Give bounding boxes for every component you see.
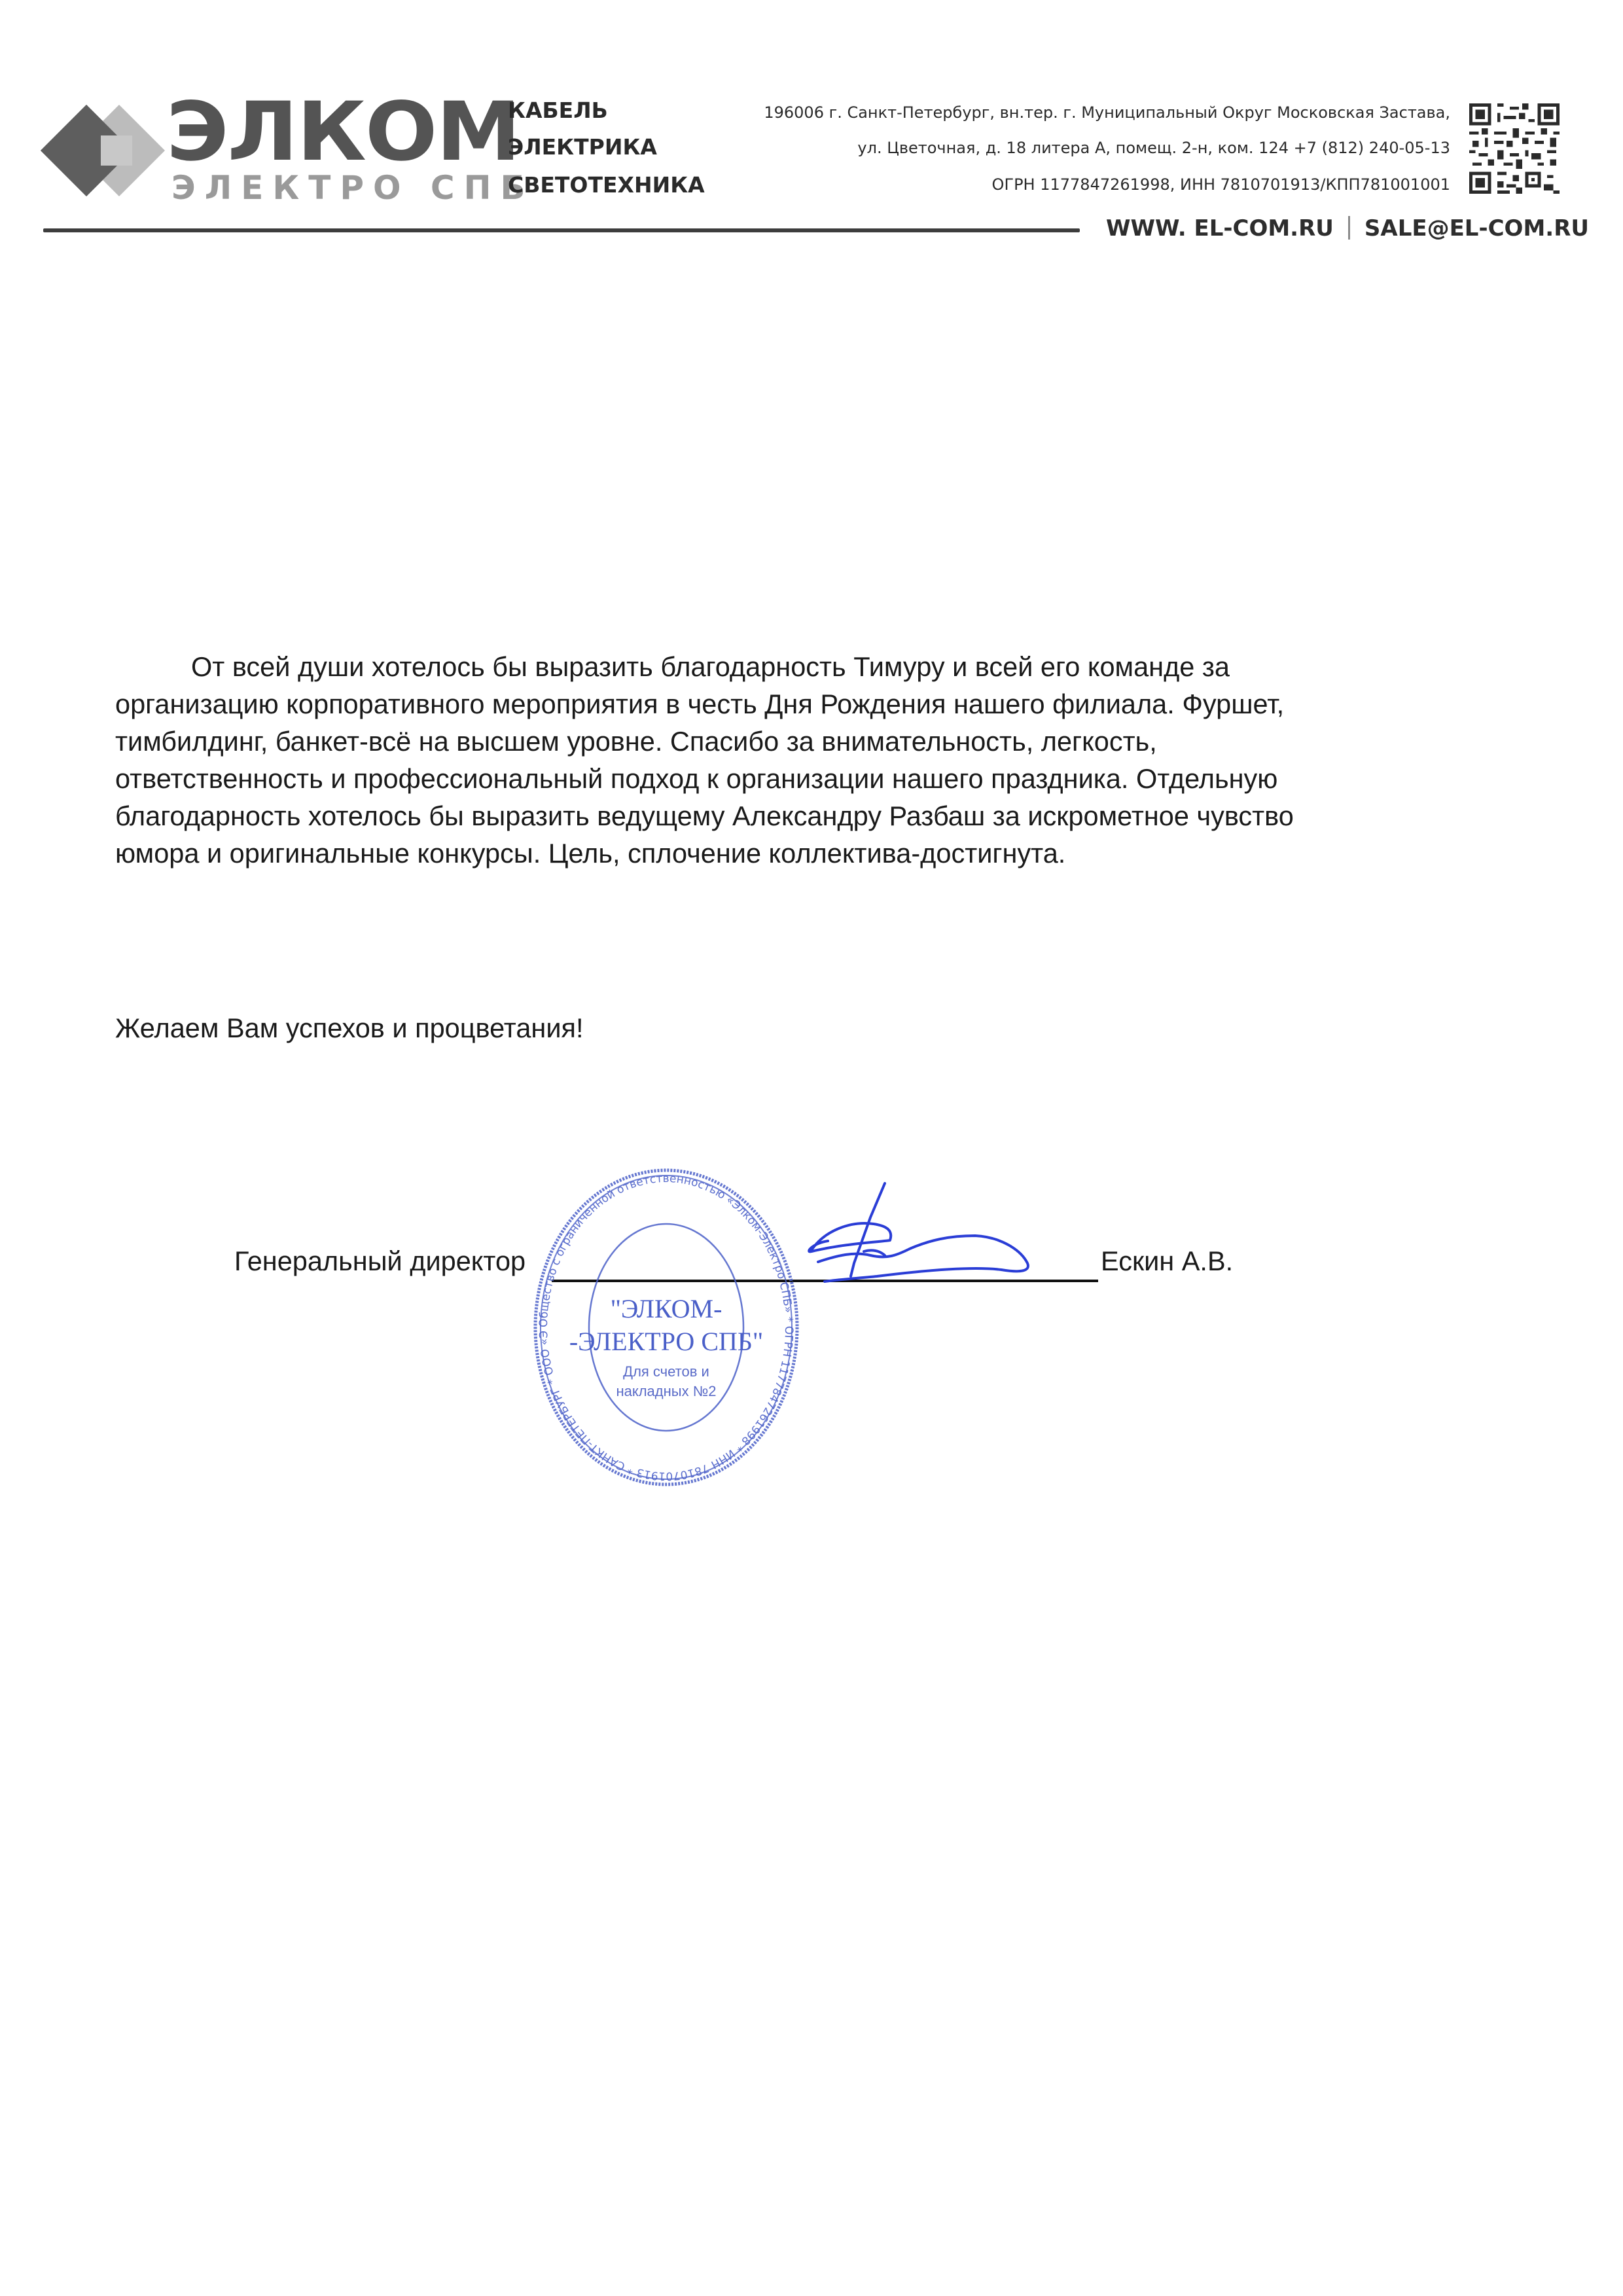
contact-links: WWW. EL-COM.RUSALE@EL-COM.RU — [1106, 216, 1589, 240]
paragraph-line: тимбилдинг, банкет-всё на высшем уровне.… — [115, 723, 1463, 760]
stamp-purpose-line-2: накладных №2 — [616, 1383, 716, 1399]
links-separator — [1348, 216, 1350, 240]
stamp-name-line-2: -ЭЛЕКТРО СПБ" — [569, 1327, 763, 1356]
website-link[interactable]: WWW. EL-COM.RU — [1106, 215, 1334, 242]
paragraph-line: От всей души хотелось бы выразить благод… — [115, 648, 1463, 685]
tagline-cable: КАБЕЛЬ — [508, 99, 608, 121]
company-logo-subtitle: ЭЛЕКТРО СПБ — [171, 171, 535, 204]
closing-wish: Желаем Вам успехов и процветания! — [115, 1013, 584, 1044]
paragraph-line: благодарность хотелось бы выразить ведущ… — [115, 797, 1463, 834]
email-link[interactable]: SALE@EL-COM.RU — [1364, 215, 1589, 242]
diamond-logo-icon — [41, 101, 171, 200]
gratitude-paragraph: От всей души хотелось бы выразить благод… — [115, 648, 1463, 872]
company-address-line-2: ул. Цветочная, д. 18 литера А, помещ. 2-… — [857, 140, 1450, 156]
company-address-line-1: 196006 г. Санкт-Петербург, вн.тер. г. Му… — [764, 105, 1450, 120]
signatory-name: Ескин А.В. — [1101, 1246, 1233, 1277]
handwritten-signature-icon — [713, 1178, 1106, 1296]
header-divider — [43, 228, 1080, 232]
tagline-electrics: ЭЛЕКТРИКА — [508, 136, 657, 158]
company-logo-title: ЭЛКОМ — [166, 92, 520, 173]
tagline-lighting: СВЕТОТЕХНИКА — [508, 174, 705, 196]
paragraph-line: юмора и оригинальные конкурсы. Цель, спл… — [115, 834, 1463, 872]
signatory-title: Генеральный директор — [234, 1246, 526, 1277]
paragraph-line: организацию корпоративного мероприятия в… — [115, 685, 1463, 723]
stamp-purpose-line-1: Для счетов и — [623, 1363, 709, 1380]
stamp-name-line-1: "ЭЛКОМ- — [611, 1294, 722, 1323]
paragraph-line: ответственность и профессиональный подхо… — [115, 760, 1463, 797]
company-registration-numbers: ОГРН 1177847261998, ИНН 7810701913/КПП78… — [992, 177, 1450, 192]
qr-code-icon — [1469, 103, 1560, 194]
